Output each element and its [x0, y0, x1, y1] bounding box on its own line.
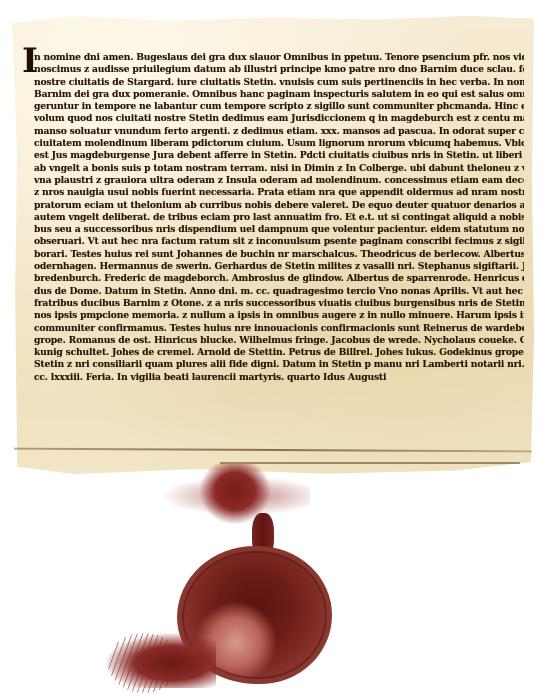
text-line: nos ipsis pmpcione memoria. z nullum a i…: [34, 310, 524, 323]
text-line: autem vngelt deliberat. de tribus eciam …: [34, 212, 524, 225]
text-line: ab vngelt a bonis suis p totam nostram t…: [34, 162, 524, 175]
text-line: cc. lxxxiii. Feria. In vigilia beati lau…: [34, 371, 524, 384]
seal-assembly: [100, 458, 350, 697]
charter-text: n nomine dni amen. Bugeslaus dei gra dux…: [34, 52, 524, 384]
text-line: dus de Dome. Datum in Stetin. Anno dni. …: [34, 285, 524, 298]
text-line: est Jus magdeburgense Jura debent afferr…: [34, 150, 524, 163]
text-line: manso soluatur vnundum ferto argenti. z …: [34, 125, 524, 138]
text-line: fratribus ducibus Barnim z Otone. z a nr…: [34, 298, 524, 311]
text-line: borari. Testes huius rei sunt Johannes d…: [34, 248, 524, 261]
text-line: noscimus z audisse priuilegium datum ab …: [34, 64, 524, 77]
text-line: communiter confirmamus. Testes huius nre…: [34, 322, 524, 335]
text-line: obseruari. Vt aut hec nra factum ratum s…: [34, 236, 524, 249]
text-line: n nomine dni amen. Bugeslaus dei gra dux…: [34, 52, 524, 65]
text-line: Stetin z nri consiliarii quam plures ali…: [34, 359, 524, 372]
text-line: grope. Romanus de ost. Hinricus blucke. …: [34, 335, 524, 348]
text-line: bredenburch. Frederic de magdeborch. Amb…: [34, 273, 524, 286]
text-line: pratorum eciam ut thelonium ab curribus …: [34, 199, 524, 212]
text-line: volum quod nos ciuitati nostre Stetin de…: [34, 113, 524, 126]
text-line: Barnim dei gra dux pomeranie. Omnibus ha…: [34, 89, 524, 102]
cord-tassel: [106, 633, 216, 688]
text-line: z nros nauigia usui nobis fuerint necess…: [34, 187, 524, 200]
text-line: nostre ciuitatis de Stargard. iure ciuit…: [34, 76, 524, 89]
text-line: vna plaustri z grauiora ultra oderam z I…: [34, 175, 524, 188]
